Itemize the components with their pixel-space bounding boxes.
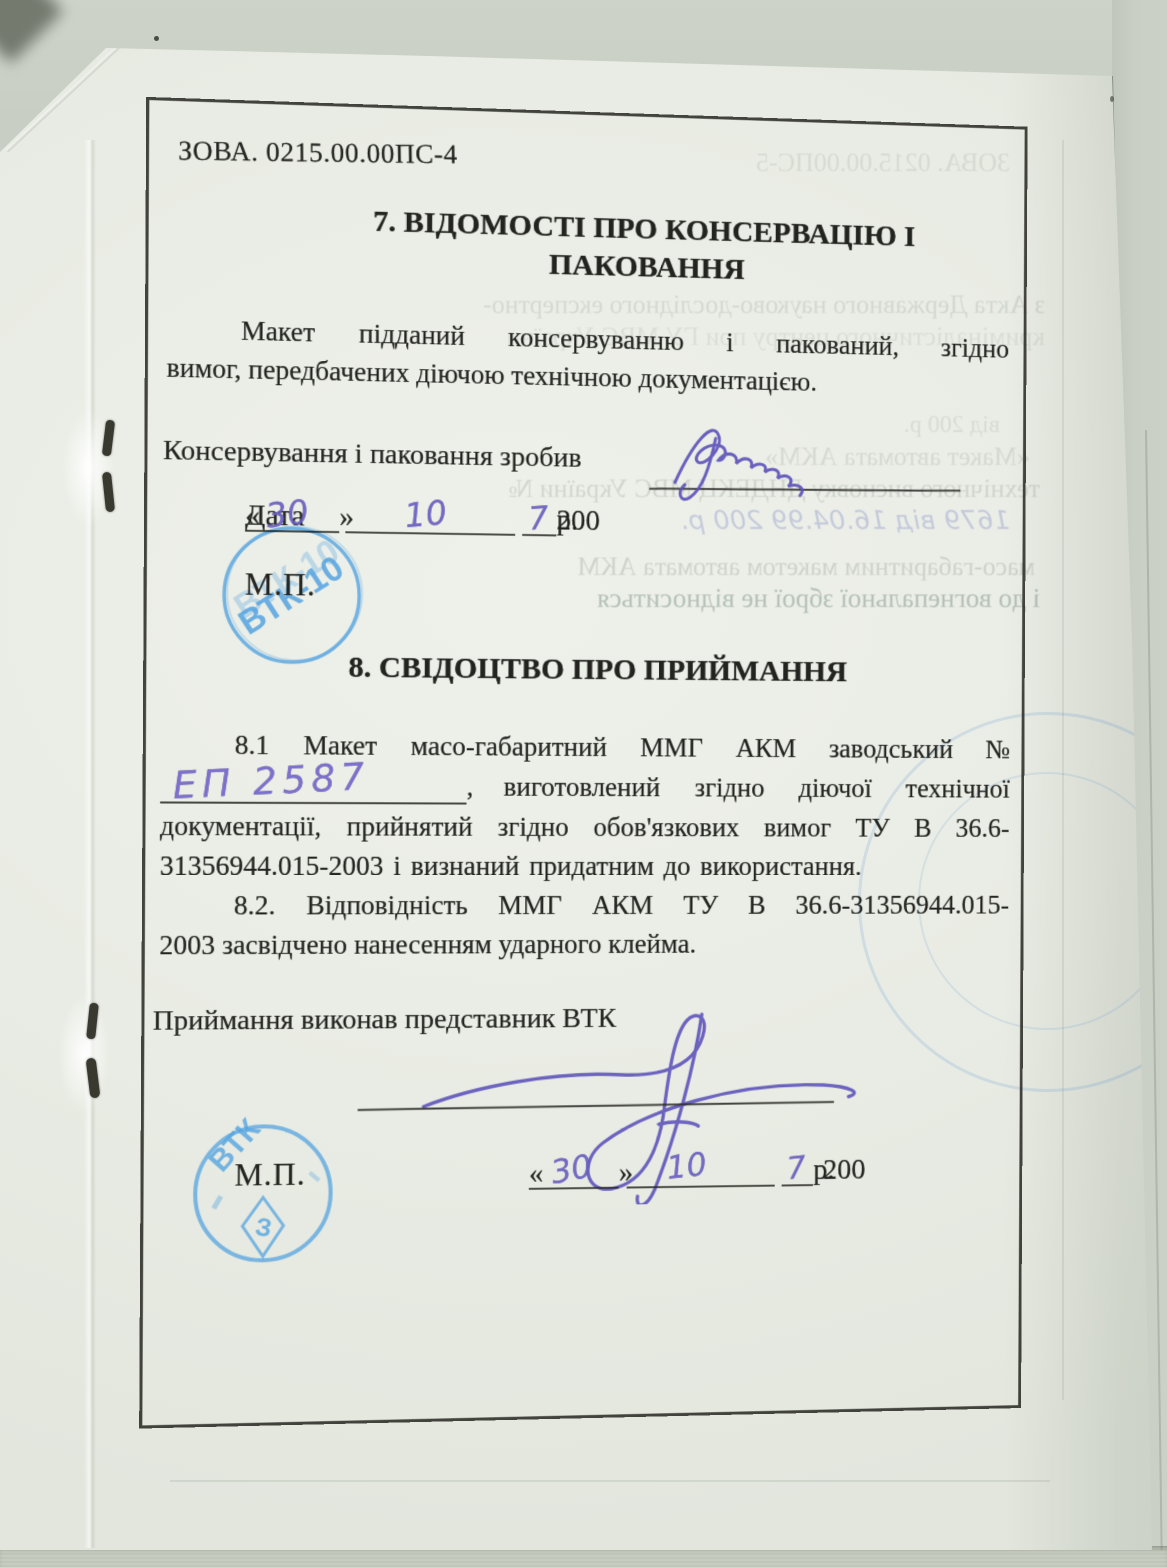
- year-suffix: р.: [813, 1152, 834, 1188]
- bleedthrough-border-line-bottom: [170, 1480, 1050, 1482]
- date-day-field: 30: [529, 1155, 619, 1190]
- handwritten-serial-number: ЕП 2587: [172, 759, 370, 805]
- vertical-crease: [84, 140, 96, 1548]
- stamp-diamond-letter: З: [253, 1213, 274, 1243]
- p81-line3: документації, прийнятий згідно обов'язко…: [160, 808, 1010, 846]
- handwritten-year-digit: 7: [527, 500, 550, 537]
- p82-line1: 8.2. Відповідність ММГ АКМ ТУ В 36.6-313…: [159, 887, 1009, 924]
- conservation-made-by-label: Консервування і паковання зробив: [163, 433, 582, 477]
- p81-line2-text: виготовлений згідно діючої технічної: [503, 769, 1009, 807]
- p81-line2: ЕП 2587 , виготовлений згідно діючої тех…: [160, 763, 1010, 807]
- doc-code: ЗОВА. 0215.00.00ПС-4: [178, 132, 458, 172]
- acceptance-date-line: «30»10 2007р.: [529, 1152, 814, 1198]
- serial-number-field: ЕП 2587: [160, 765, 467, 805]
- conservation-signature: [659, 404, 866, 507]
- p82-line2: 2003 засвідчено нанесенням ударного клей…: [159, 925, 1009, 963]
- date-month-field: 10: [345, 499, 515, 536]
- comma: ,: [466, 768, 473, 804]
- date-year-field: 7: [522, 502, 556, 537]
- p81-line4: 31356944.015-2003 і визнаний придатним д…: [160, 847, 1010, 884]
- document-page: ЗОВА. 0215.00.00ПС-5 з Акта Державного н…: [0, 0, 1167, 1567]
- section8-heading: 8. СВІДОЦТВО ПРО ПРИЙМАННЯ: [246, 647, 944, 692]
- date-year-field: 7: [782, 1152, 814, 1186]
- handwritten-year-digit: 7: [785, 1150, 807, 1187]
- mp-seal-label-section8: М.П.: [234, 1156, 305, 1193]
- staple-emboss: [58, 995, 110, 1113]
- dust-speck: [154, 36, 159, 41]
- page-border: ЗОВА. 0215.00.00ПС-4 7. ВІДОМОСТІ ПРО КО…: [139, 97, 1027, 1429]
- stamp-vtk-round: ВТК З: [187, 1113, 347, 1277]
- handwritten-month: 10: [403, 494, 449, 534]
- year-suffix: р.: [556, 502, 578, 538]
- date-month-field: 10: [627, 1153, 775, 1189]
- handwritten-day: 30: [548, 1148, 594, 1191]
- dust-speck: [1110, 96, 1114, 102]
- handwritten-month: 10: [665, 1146, 709, 1186]
- mp-seal-label-section7: М.П.: [245, 566, 316, 603]
